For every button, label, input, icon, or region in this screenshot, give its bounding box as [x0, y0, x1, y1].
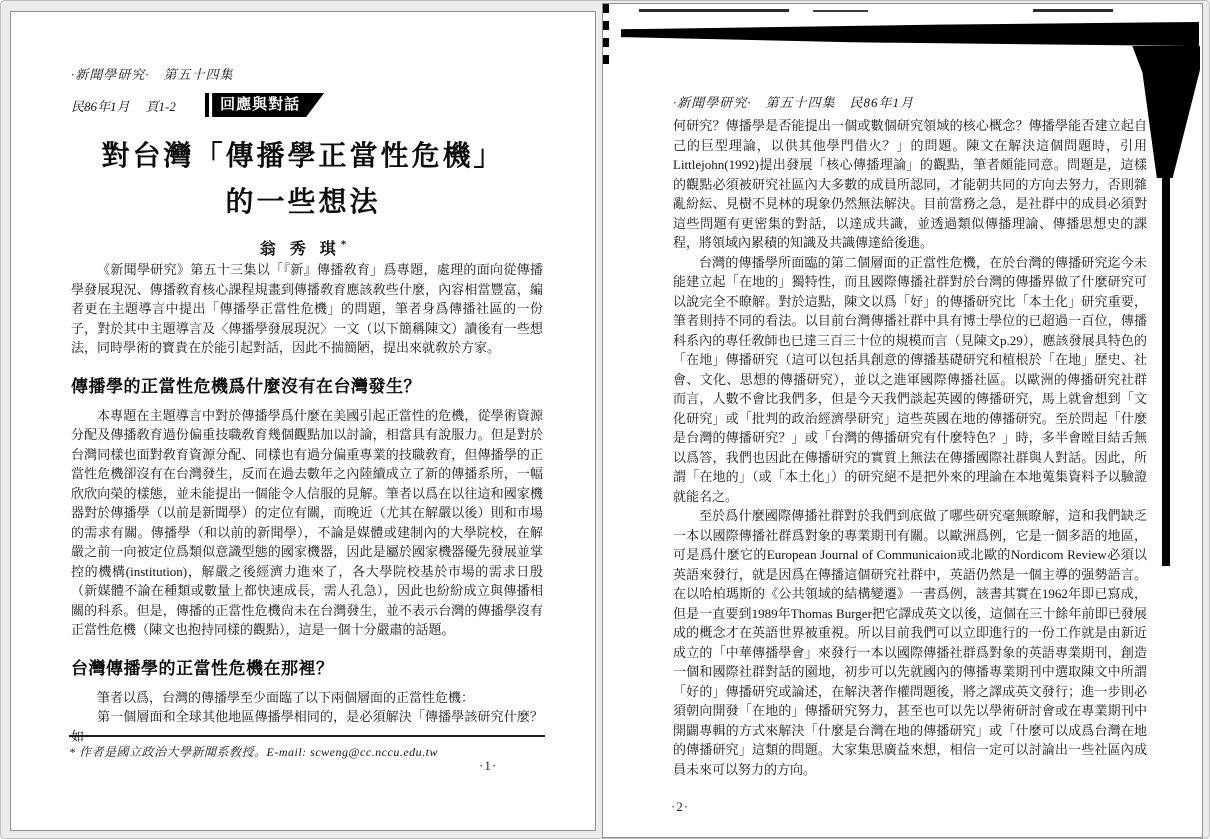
- paragraph: 筆者以爲，台灣的傳播學至少面臨了以下兩個層面的正當性危機：: [71, 688, 543, 708]
- paragraph: 《新聞學研究》第五十三集以「『新』傳播敎育」爲專題，處理的面向從傳播學發展現況、…: [71, 260, 543, 358]
- scan-artifact-edge-stripe-fade: [603, 4, 609, 66]
- page-2-body: 何研究？傳播學是否能提出一個或數個研究領域的核心概念？傳播學能否建立起自己的巨型…: [673, 116, 1147, 779]
- page-1: ·新聞學研究· 第五十四集 民86年1月頁1-2 回應與對話 對台灣「傳播學正當…: [10, 11, 596, 831]
- scan-artifact-edge-stripe: [1162, 174, 1170, 566]
- dialogue-badge: 回應與對話: [205, 93, 324, 117]
- scan-artifact-dash: [1033, 9, 1113, 12]
- journal-title-line: ·新聞學研究· 第五十四集: [71, 64, 324, 83]
- page-2: ·新聞學研究· 第五十四集 民86年1月 何研究？傳播學是否能提出一個或數個研究…: [602, 3, 1203, 838]
- author-footnote-mark: *: [341, 239, 347, 251]
- article-title-line2: 的一些想法: [11, 180, 595, 226]
- author-text: 翁 秀 琪: [260, 241, 341, 258]
- page-number-1: ·1·: [479, 758, 497, 774]
- article-title-line1: 對台灣「傳播學正當性危機」: [11, 134, 595, 180]
- article-title: 對台灣「傳播學正當性危機」 的一些想法: [11, 134, 595, 226]
- scan-artifact-dash: [813, 10, 868, 12]
- paragraph: 至於爲什麼國際傳播社群對於我們到底做了哪些研究毫無瞭解，這和我們缺乏一本以國際傳…: [673, 506, 1147, 779]
- document-viewer-canvas: ·新聞學研究· 第五十四集 民86年1月頁1-2 回應與對話 對台灣「傳播學正當…: [0, 0, 1210, 839]
- section-heading-2: 台灣傳播學的正當性危機在那裡？: [71, 654, 543, 679]
- page-1-header: ·新聞學研究· 第五十四集 民86年1月頁1-2 回應與對話: [71, 64, 324, 117]
- section-heading-1: 傳播學的正當性危機爲什麼沒有在台灣發生？: [71, 372, 543, 397]
- badge-left-bar: [205, 93, 209, 117]
- issue-date: 民86年1月: [71, 99, 130, 114]
- page-1-body: 《新聞學研究》第五十三集以「『新』傳播敎育」爲專題，處理的面向從傳播學發展現況、…: [71, 260, 543, 746]
- author-name: 翁 秀 琪*: [11, 236, 595, 259]
- paragraph: 本專題在主題導言中對於傳播學爲什麼在美國引起正當性的危機，從學術資源分配及傳播敎…: [71, 406, 543, 640]
- paragraph: 台灣的傳播學所面臨的第二個層面的正當性危機，在於台灣的傳播研究迄今未能建立起「在…: [673, 253, 1147, 507]
- author-footnote: * 作者是國立政治大學新聞系敎授。E-mail: scweng@cc.nccu.…: [69, 743, 545, 760]
- scan-artifact-top-band: [621, 22, 1199, 48]
- badge-label: 回應與對話: [212, 93, 324, 117]
- paragraph: 何研究？傳播學是否能提出一個或數個研究領域的核心概念？傳播學能否建立起自己的巨型…: [673, 116, 1147, 253]
- paragraph: 第一個層面和全球其他地區傳播學相同的，是必須解決「傳播學該研究什麼？如: [71, 707, 543, 746]
- issue-date-line: 民86年1月頁1-2 回應與對話: [71, 93, 324, 117]
- footnote-rule: [69, 735, 545, 737]
- page-range: 頁1-2: [146, 99, 176, 114]
- scan-artifact-dash: [639, 9, 789, 12]
- page-2-header: ·新聞學研究· 第五十四集 民86年1月: [673, 92, 914, 111]
- page-number-2: ·2·: [671, 799, 689, 815]
